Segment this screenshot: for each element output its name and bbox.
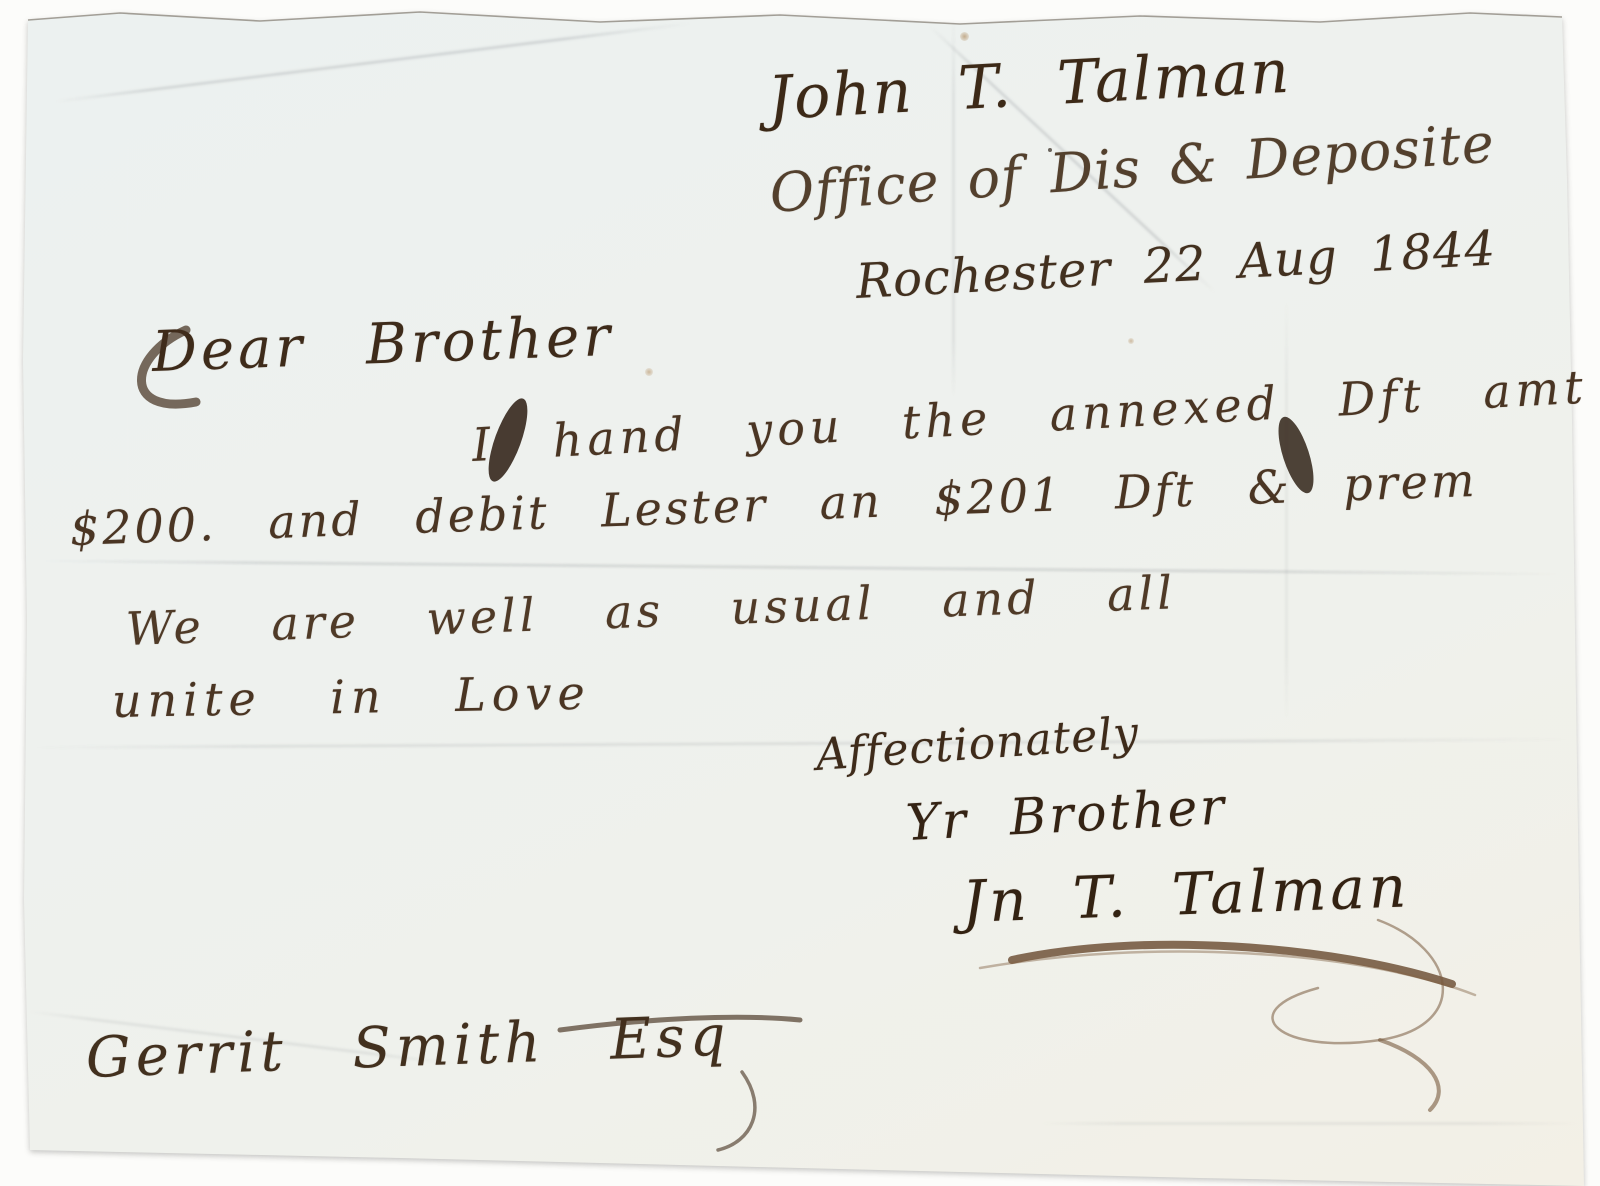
body-line-4: unite in Love	[112, 666, 592, 728]
letter-scan: John T. Talman Office of Dis & Deposite …	[0, 0, 1600, 1186]
